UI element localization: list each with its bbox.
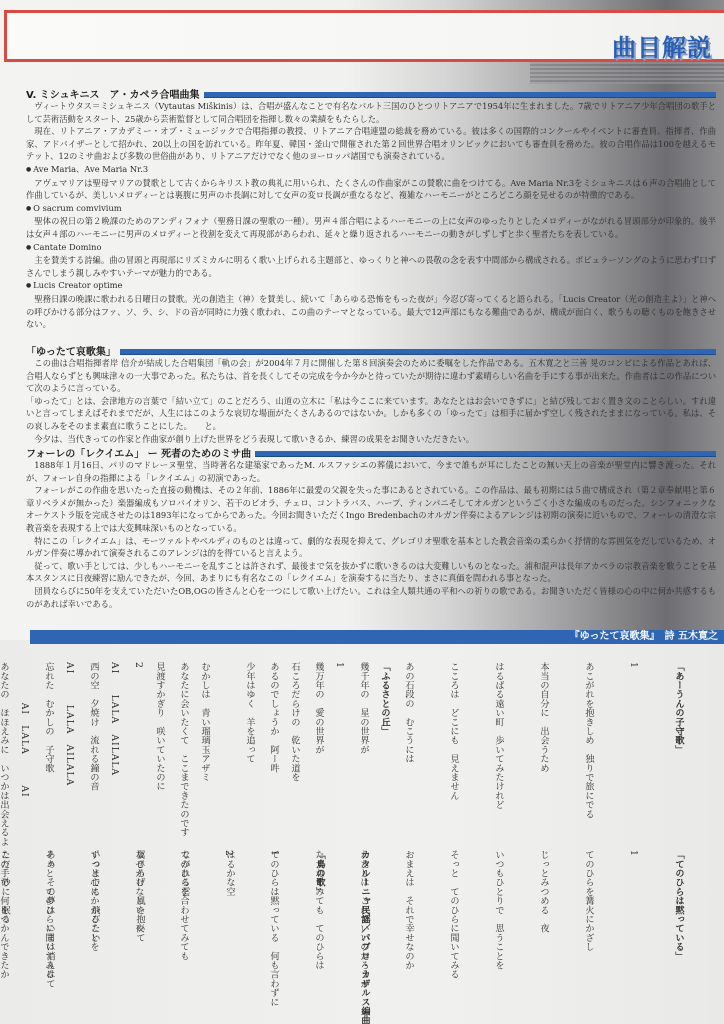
poems-banner-text: 『ゆったて哀歌集』 詩 五木寛之 xyxy=(570,630,718,644)
piece-description: 主を賛美する詩編。曲の冒頭と再現部にリズミカルに明るく歌い上げられる主題部と、ゆ… xyxy=(26,254,716,279)
poem-line: AI LALA AILALA xyxy=(62,662,77,842)
verse-number: 1 xyxy=(626,662,641,842)
poem-line: ああ その夢は いまは消えはて xyxy=(42,850,57,1020)
paragraph: 今夕は、当代きっての作家と作曲家が創り上げた世界をどう表現して歌いきるか、練習の… xyxy=(26,433,716,446)
poem-line: はるかな空 xyxy=(222,850,237,1020)
section-heading: V. ミシュキニス ア・カペラ合唱曲集 xyxy=(26,87,716,100)
poem-tori: カタルーニャ民謡／パブロ・カザルス編曲より 「鳥の歌」 1 はるかな空 ながれる… xyxy=(0,850,402,1020)
heading-bar xyxy=(255,451,716,456)
section-faure: フォーレの「レクイエム」 ー 死者のためのミサ曲 1888年１月16日、パリのマ… xyxy=(26,446,716,610)
poem-line: こころは どこにも 見えません xyxy=(446,662,461,842)
piece-title: O sacrum comvivium xyxy=(26,202,716,216)
poem-line: おまえは それで幸せなのか xyxy=(401,850,416,1020)
poem-line: いつまでも 飛びたい xyxy=(87,850,102,1020)
poem-line: AI LALA AILALA xyxy=(107,662,122,842)
poem-line: 本当の自分に 出会うため xyxy=(536,662,551,842)
poem-line: 石ころだらけの 乾いた道を xyxy=(287,662,302,842)
poem-line: ただ 砂に 眠る xyxy=(0,850,12,1020)
heading-bar xyxy=(204,92,716,97)
heading-bar xyxy=(120,349,716,354)
piece-description: 聖体の祝日の第２晩課のためのアンディフォナ（聖務日課の聖歌の一種）。男声４部合唱… xyxy=(26,215,716,240)
section-heading-text: 「ゆったて哀歌集」 xyxy=(26,343,120,358)
verse-number: 1 xyxy=(332,662,347,842)
section-miskinis: V. ミシュキニス ア・カペラ合唱曲集 ヴィートウタス＝ミシュキニス（Vytau… xyxy=(26,87,716,331)
piece-description: 聖務日課の晩課に歌われる日曜日の賛歌。光の創造主（神）を賛美し、続いて「あらゆる… xyxy=(26,293,716,331)
poem-title: 「あーうんの子守歌」 xyxy=(671,662,686,842)
poem-line: はるばる遠い町 歩いてみたけれど xyxy=(491,662,506,842)
poems-banner: 『ゆったて哀歌集』 詩 五木寛之 xyxy=(30,630,724,644)
poems-area: 「あーうんの子守歌」 1 あこがれを抱きしめ 独りで旅にでる 本当の自分に 出会… xyxy=(0,650,724,1024)
poem-line: むかしは 青い瑠璃玉アザミ xyxy=(197,662,212,842)
poem-line: そっと てのひらに聞いてみる xyxy=(446,850,461,1020)
poem-title: 「ふるさとの丘」 xyxy=(377,662,392,842)
poem-line: ながれる雲 xyxy=(177,850,192,1020)
piece-title: Cantate Domino xyxy=(26,241,716,255)
poem-line: じっとみつめる 夜 xyxy=(536,850,551,1020)
piece-title: Lucis Creator optime xyxy=(26,279,716,293)
paragraph: 従って、歌い手としては、少しもハーモニーを乱すことは許されず、最後まで気を抜かず… xyxy=(26,560,716,585)
poem-line: あこがれを抱きしめ 独りで旅にでる xyxy=(581,662,596,842)
section-heading: フォーレの「レクイエム」 ー 死者のためのミサ曲 xyxy=(26,446,716,459)
poem-title: 「鳥の歌」 xyxy=(312,850,327,1020)
poem-line: いつもひとりで 思うことを xyxy=(491,850,506,1020)
paragraph: この曲は合唱指揮者岸 信介が結成した合唱集団「軌の会」が2004年７月に開催した… xyxy=(26,357,716,395)
paragraph: 「ゆったて」とは、会津地方の言葉で「結い立て」のことだろう、山道の立木に「私は今… xyxy=(26,395,716,433)
decorative-stripes xyxy=(530,62,724,84)
poem-line: てのひらを篝火にかざし xyxy=(581,850,596,1020)
section-yuttate: 「ゆったて哀歌集」 この曲は合唱指揮者岸 信介が結成した合唱集団「軌の会」が20… xyxy=(26,344,716,445)
paragraph: 1888年１月16日、パリのマドレーヌ聖堂、当時著名な建築家であったM. ルスフ… xyxy=(26,459,716,484)
paragraph: 特にこの「レクイエム」は、モーツァルトやベルディのものとは違って、劇的な表現を抑… xyxy=(26,535,716,560)
paragraph: 現在、リトアニア・アカデミー・オブ・ミュージックで合唱指揮の教授、リトアニア合唱… xyxy=(26,125,716,163)
poem-line: 少年はゆく 羊を追って xyxy=(242,662,257,842)
poem-furusato: 「ふるさとの丘」 1 石ころだらけの 乾いた道を 少年はゆく 羊を追って むかし… xyxy=(0,662,422,842)
piece-title: Ave Maria、Ave Maria Nr.3 xyxy=(26,163,716,177)
section-heading-text: フォーレの「レクイエム」 ー 死者のためのミサ曲 xyxy=(26,445,255,460)
section-heading: 「ゆったて哀歌集」 xyxy=(26,344,716,357)
verse-number: 1 xyxy=(267,850,282,1020)
verse-number: 1 xyxy=(626,850,641,1020)
poem-title: 「てのひらは黙っている」 xyxy=(671,850,686,1020)
piece-description: アヴェマリアは聖母マリアの賛歌として古くからキリスト教の典礼に用いられ、たくさん… xyxy=(26,177,716,202)
poem-line: 翼ひろげ 風を抱いて xyxy=(132,850,147,1020)
paragraph: フォーレがこの作曲を思いたった直接の動機は、その２年前、1886年に最愛の父親を… xyxy=(26,484,716,534)
poem-line: 見渡すかぎり 咲いていたのに xyxy=(152,662,167,842)
page-title: 曲目解説 xyxy=(612,28,712,63)
section-heading-text: V. ミシュキニス ア・カペラ合唱曲集 xyxy=(26,86,204,101)
paragraph: ヴィートウタス＝ミシュキニス（Vytautas Miškinis）は、合唱が盛ん… xyxy=(26,100,716,125)
poem-line: AI LALA AI xyxy=(17,662,32,842)
poem-source: カタルーニャ民謡／パブロ・カザルス編曲より xyxy=(357,850,372,1020)
paragraph: 団員ならびに50年を支えていただいたOB,OGの皆さんと心を一つにして歌い上げた… xyxy=(26,585,716,610)
